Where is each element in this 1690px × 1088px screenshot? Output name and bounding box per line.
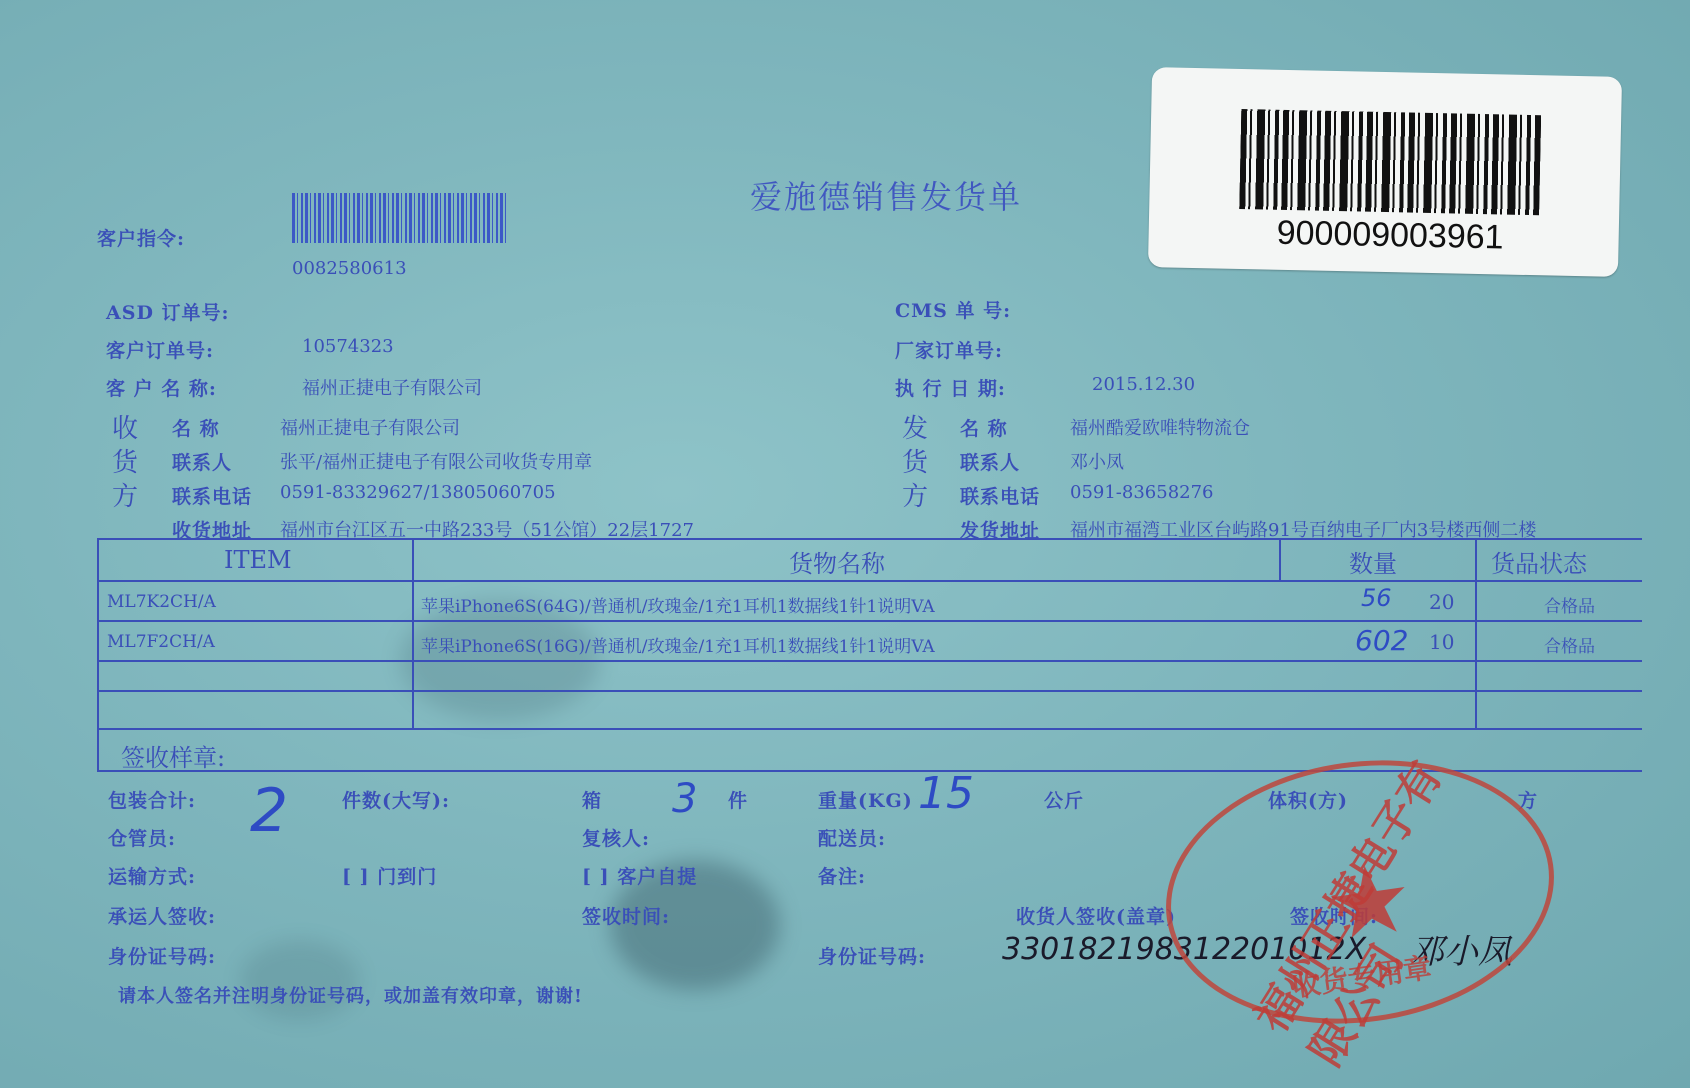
table-rule (412, 540, 414, 728)
receiver-side-char-3: 方 (112, 476, 138, 513)
sign-sample-label: 签收样章: (121, 738, 225, 773)
star-icon: ★ (1319, 840, 1420, 963)
factory-order-label: 厂家订单号: (895, 336, 1003, 363)
signature-note: 请本人签名并注明身份证号码，或加盖有效印章，谢谢! (118, 982, 583, 1008)
row-goods-name: 苹果iPhone6S(16G)/普通机/玫瑰金/1充1耳机1数据线1针1说明VA (421, 632, 935, 657)
barcode-label-sticker: 900009003961 (1148, 67, 1622, 277)
receiver-name-label: 名 称 (172, 414, 220, 441)
shipper-contact: 邓小凤 (1070, 448, 1124, 474)
execution-date-label: 执 行 日 期: (895, 374, 1006, 401)
header-goods-status: 货品状态 (1491, 544, 1587, 579)
row-item-code: ML7F2CH/A (107, 632, 215, 652)
weight-handwritten: 15 (918, 768, 974, 819)
remark-label: 备注: (818, 862, 866, 889)
delivery-person-label: 配送员: (818, 824, 886, 851)
shipper-contact-label: 联系人 (960, 448, 1020, 475)
carrier-sign-label: 承运人签收: (108, 902, 216, 929)
header-goods-name: 货物名称 (789, 544, 885, 579)
asd-order-label: ASD 订单号: (106, 298, 230, 325)
shipper-name-label: 名 称 (960, 414, 1008, 441)
package-total-label: 包装合计: (108, 786, 196, 813)
row-qty: 10 (1429, 630, 1454, 654)
cms-number-label: CMS 单 号: (895, 296, 1011, 323)
receiver-phone: 0591-83329627/13805060705 (280, 482, 556, 503)
kg-label: 公斤 (1044, 786, 1084, 813)
piece-label: 件 (728, 786, 748, 813)
sign-time-label: 签收时间: (582, 902, 670, 929)
shipper-side-char-3: 方 (902, 476, 928, 513)
package-total-handwritten: 2 (250, 776, 288, 846)
shipper-side-char-1: 发 (902, 408, 928, 445)
customer-instruction-number: 0082580613 (292, 258, 407, 279)
customer-name-label: 客 户 名 称: (106, 374, 217, 401)
customer-order-value: 10574323 (302, 336, 394, 357)
customer-order-label: 客户订单号: (106, 336, 214, 363)
table-rule (1279, 540, 1281, 580)
row-qty-handwritten: 56 (1361, 584, 1392, 612)
door-to-door-checkbox[interactable]: [ ] 门到门 (342, 862, 437, 889)
receiver-phone-label: 联系电话 (172, 482, 252, 509)
shipper-side-char-2: 货 (902, 442, 928, 479)
label-barcode-number: 900009003961 (1276, 214, 1504, 258)
row-qty: 20 (1429, 590, 1454, 614)
table-rule (99, 620, 1642, 622)
row-qty-handwritten: 602 (1355, 624, 1408, 657)
receiver-name: 福州正捷电子有限公司 (280, 414, 460, 440)
row-status: 合格品 (1544, 592, 1595, 617)
row-item-code: ML7K2CH/A (107, 592, 216, 612)
smudge-stain (240, 940, 360, 1020)
header-quantity: 数量 (1349, 544, 1397, 579)
customer-instruction-label: 客户指令: (97, 224, 185, 251)
row-goods-name: 苹果iPhone6S(64G)/普通机/玫瑰金/1充1耳机1数据线1针1说明VA (421, 592, 935, 617)
header-item: ITEM (224, 546, 292, 574)
pieces-label: 件数(大写): (342, 786, 450, 813)
customer-name-value: 福州正捷电子有限公司 (302, 374, 482, 400)
id-number-label-right: 身份证号码: (818, 942, 926, 969)
customer-instruction-barcode-icon (292, 193, 507, 243)
reviewer-label: 复核人: (582, 824, 650, 851)
receiver-side-char-1: 收 (112, 408, 138, 445)
id-number-label-left: 身份证号码: (108, 942, 216, 969)
execution-date-value: 2015.12.30 (1092, 374, 1195, 395)
shipper-phone: 0591-83658276 (1070, 482, 1214, 503)
box-count-handwritten: 3 (672, 776, 697, 822)
table-rule (99, 660, 1642, 662)
row-status: 合格品 (1544, 632, 1595, 657)
transport-method-label: 运输方式: (108, 862, 196, 889)
table-rule (99, 690, 1642, 692)
weight-label: 重量(KG) (818, 786, 913, 813)
table-rule (1475, 540, 1477, 728)
table-rule (99, 580, 1642, 582)
company-seal: 福州正捷电子有限公司 ★ 收货专用章 (1149, 736, 1571, 1048)
receiver-side-char-2: 货 (112, 442, 138, 479)
box-label: 箱 (582, 786, 602, 813)
receiver-sign-label: 收货人签收(盖章) (1016, 902, 1176, 929)
barcode-icon (1239, 109, 1541, 215)
shipper-name: 福州酷爱欧唯特物流仓 (1070, 414, 1250, 440)
receiver-contact-label: 联系人 (172, 448, 232, 475)
self-pickup-checkbox[interactable]: [ ] 客户自提 (582, 862, 697, 889)
warehouse-keeper-label: 仓管员: (108, 824, 176, 851)
receiver-contact: 张平/福州正捷电子有限公司收货专用章 (280, 448, 592, 474)
document-title: 爱施德销售发货单 (750, 172, 1022, 218)
shipper-phone-label: 联系电话 (960, 482, 1040, 509)
